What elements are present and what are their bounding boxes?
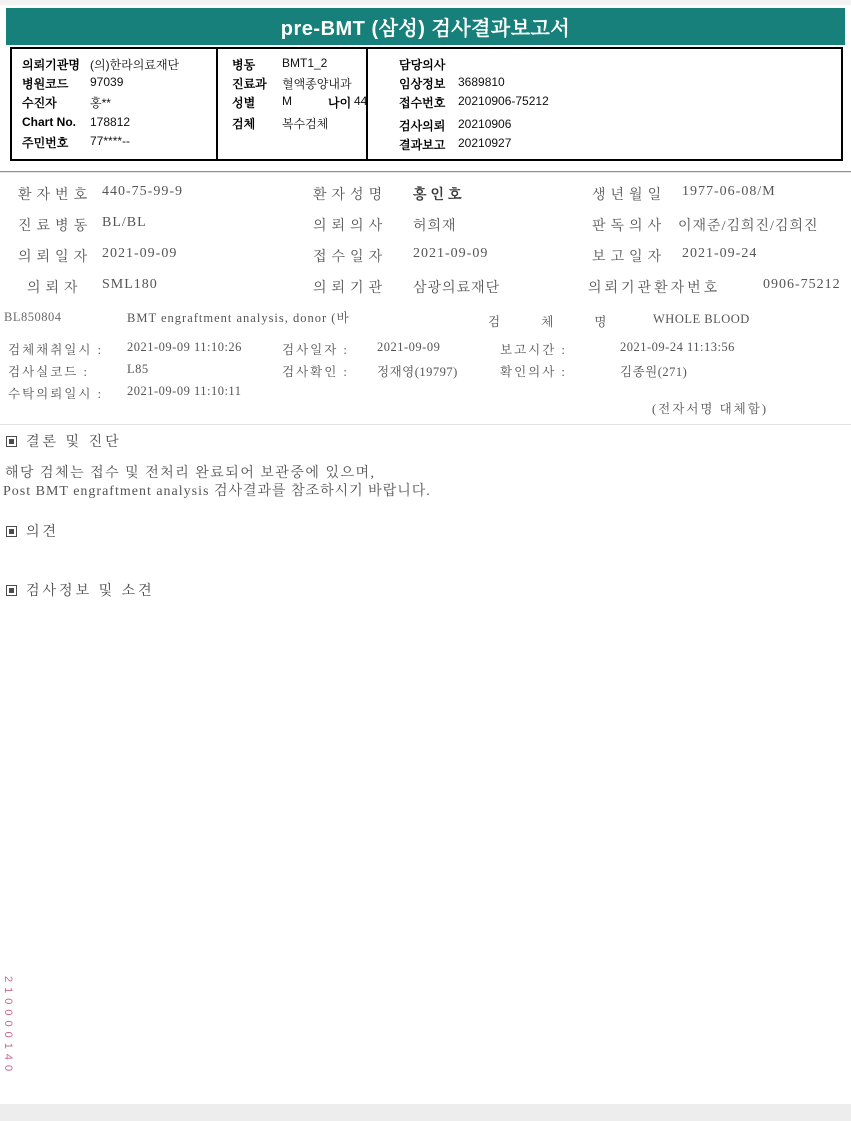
specimen-name-value: WHOLE BLOOD [653,312,750,327]
verified-by-value: 정재영(19797) [377,362,458,380]
conclusion-line-2: Post BMT engraftment analysis 검사결과를 참조하시… [3,480,431,500]
opinion-section-title: 의견 [6,521,59,541]
test-info-section-title: 검사정보 및 소견 [6,580,155,600]
org-patient-no-label: 의뢰기관환자번호 [588,277,720,297]
requester-value: SML180 [102,277,158,293]
patient-name-value: 홍인호 [413,184,466,204]
requester-label: 의뢰자 [27,277,83,297]
confirm-doctor-label: 확인의사 : [500,362,567,380]
reading-doctor-label: 판독의사 [592,215,666,235]
test-info-title-text: 검사정보 및 소견 [26,580,155,600]
specimen-serial-vertical: 210000140 [2,976,14,1076]
bottom-margin-strip [0,1104,851,1121]
conclusion-section-title: 결론 및 진단 [6,431,122,451]
report-date-value: 2021-09-24 [682,246,757,262]
report-time-label: 보고시간 : [500,340,567,358]
receipt-date-label: 접수일자 [313,246,387,266]
reading-doctor-value: 이재준/김희진/김희진 [678,215,819,235]
section-bullet-icon [6,436,17,447]
patient-name-label: 환자성명 [313,184,387,204]
conclusion-line-1: 해당 검체는 접수 및 전처리 완료되어 보관중에 있으며, [5,462,376,482]
specimen-name-label: 검 체 명 [488,312,620,330]
request-doctor-label: 의뢰의사 [313,215,387,235]
section-bullet-icon [6,526,17,537]
test-date-label: 검사일자 : [282,340,349,358]
consigned-request-label: 수탁의뢰일시 : [8,384,103,402]
section-bullet-icon [6,585,17,596]
lab-code-label: 검사실코드 : [8,362,89,380]
report-time-value: 2021-09-24 11:13:56 [620,340,735,355]
confirm-doctor-value: 김종원(271) [620,362,687,380]
request-date-label: 의뢰일자 [18,246,92,266]
test-code: BL850804 [4,310,61,325]
report-date-label: 보고일자 [592,246,666,266]
care-ward-label: 진료병동 [18,215,92,235]
request-org-value: 삼광의료재단 [413,277,500,297]
request-org-label: 의뢰기관 [313,277,387,297]
collected-at-value: 2021-09-09 11:10:26 [127,340,242,355]
verified-by-label: 검사확인 : [282,362,349,380]
consigned-request-value: 2021-09-09 11:10:11 [127,384,241,399]
scanned-report-body: 환자번호 440-75-99-9 환자성명 홍인호 생년월일 1977-06-0… [0,0,851,1121]
conclusion-title-text: 결론 및 진단 [26,431,122,451]
receipt-date-value: 2021-09-09 [413,246,488,262]
lab-code-value: L85 [127,362,149,377]
request-date-value: 2021-09-09 [102,246,177,262]
opinion-title-text: 의견 [26,521,59,541]
request-doctor-value: 허희재 [413,215,457,235]
birth-date-label: 생년월일 [592,184,666,204]
collected-at-label: 검체채취일시 : [8,340,103,358]
care-ward-value: BL/BL [102,215,147,231]
birth-date-value: 1977-06-08/M [682,184,776,200]
report-page: pre-BMT (삼성) 검사결과보고서 의뢰기관명 (의)한라의료재단 병원코… [0,0,851,1121]
patient-no-label: 환자번호 [18,184,92,204]
test-date-value: 2021-09-09 [377,340,440,355]
test-name: BMT engraftment analysis, donor (바 [127,308,350,326]
org-patient-no-value: 0906-75212 [763,277,841,293]
patient-no-value: 440-75-99-9 [102,184,183,200]
esign-note: (전자서명 대체함) [652,399,768,417]
